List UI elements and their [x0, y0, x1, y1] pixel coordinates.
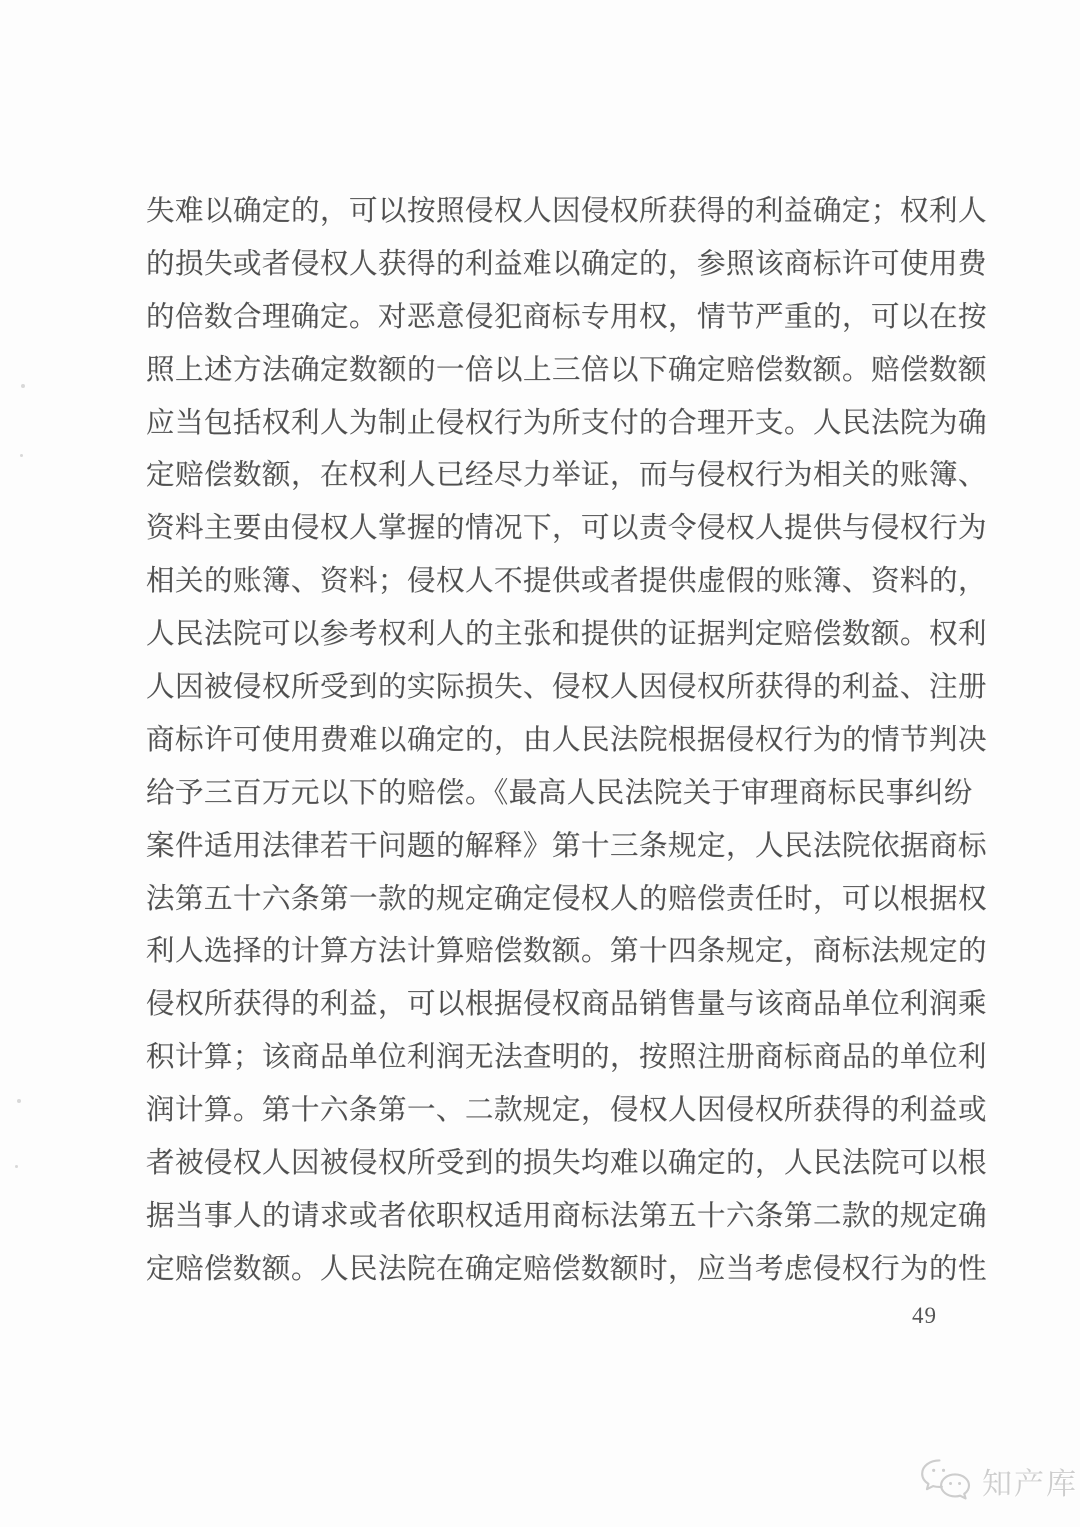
text-line: 人民法院可以参考权利人的主张和提供的证据判定赔偿数额。权利	[146, 609, 938, 662]
scan-speck	[21, 384, 25, 388]
text-line: 给予三百万元以下的赔偿。《最高人民法院关于审理商标民事纠纷	[146, 768, 938, 821]
text-line: 案件适用法律若干问题的解释》第十三条规定，人民法院依据商标	[146, 821, 938, 874]
text-line: 积计算；该商品单位利润无法查明的，按照注册商标商品的单位利	[146, 1032, 938, 1085]
watermark-label: 知产库	[982, 1459, 1078, 1503]
text-line: 侵权所获得的利益，可以根据侵权商品销售量与该商品单位利润乘	[146, 979, 938, 1032]
text-line: 失难以确定的，可以按照侵权人因侵权所获得的利益确定；权利人	[146, 186, 938, 239]
text-line: 法第五十六条第一款的规定确定侵权人的赔偿责任时，可以根据权	[146, 874, 938, 927]
text-line: 商标许可使用费难以确定的，由人民法院根据侵权行为的情节判决	[146, 715, 938, 768]
text-line: 定赔偿数额，在权利人已经尽力举证，而与侵权行为相关的账簿、	[146, 450, 938, 503]
text-line: 据当事人的请求或者依职权适用商标法第五十六条第二款的规定确	[146, 1191, 938, 1244]
text-line: 资料主要由侵权人掌握的情况下，可以责令侵权人提供与侵权行为	[146, 503, 938, 556]
wechat-icon	[918, 1458, 974, 1504]
document-page: 失难以确定的，可以按照侵权人因侵权所获得的利益确定；权利人 的损失或者侵权人获得…	[0, 0, 1080, 1527]
page-number: 49	[912, 1303, 937, 1329]
text-line: 者被侵权人因被侵权所受到的损失均难以确定的，人民法院可以根	[146, 1138, 938, 1191]
watermark: 知产库	[918, 1458, 1078, 1504]
text-line: 定赔偿数额。人民法院在确定赔偿数额时，应当考虑侵权行为的性	[146, 1244, 938, 1297]
text-line: 利人选择的计算方法计算赔偿数额。第十四条规定，商标法规定的	[146, 926, 938, 979]
text-line: 人因被侵权所受到的实际损失、侵权人因侵权所获得的利益、注册	[146, 662, 938, 715]
text-line: 应当包括权利人为制止侵权行为所支付的合理开支。人民法院为确	[146, 398, 938, 451]
text-line: 照上述方法确定数额的一倍以上三倍以下确定赔偿数额。赔偿数额	[146, 345, 938, 398]
scan-speck	[20, 454, 23, 457]
text-line: 的倍数合理确定。对恶意侵犯商标专用权，情节严重的，可以在按	[146, 292, 938, 345]
scan-speck	[17, 1099, 21, 1103]
text-line: 润计算。第十六条第一、二款规定，侵权人因侵权所获得的利益或	[146, 1085, 938, 1138]
text-line: 相关的账簿、资料；侵权人不提供或者提供虚假的账簿、资料的，	[146, 556, 938, 609]
scan-speck	[15, 1165, 18, 1168]
text-line: 的损失或者侵权人获得的利益难以确定的，参照该商标许可使用费	[146, 239, 938, 292]
text-block: 失难以确定的，可以按照侵权人因侵权所获得的利益确定；权利人 的损失或者侵权人获得…	[146, 186, 938, 1297]
